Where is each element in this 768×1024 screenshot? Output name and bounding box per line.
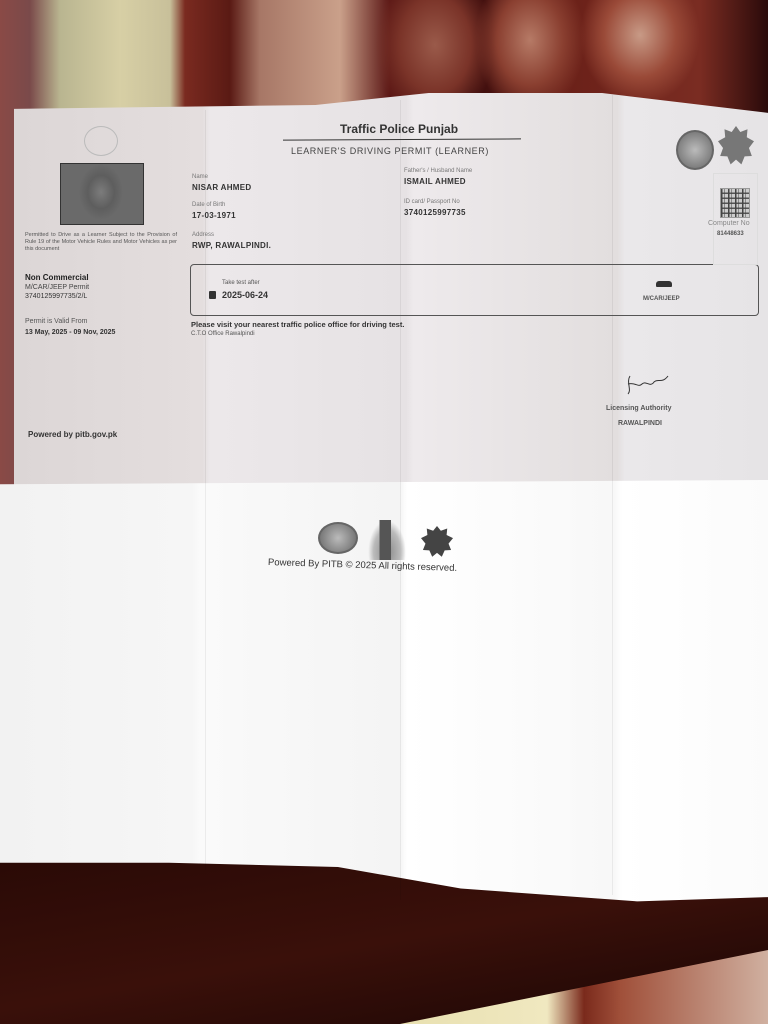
holder-name: NISAR AHMED [192, 183, 251, 192]
test-info-box [190, 264, 759, 316]
pitb-logo-icon [368, 520, 406, 560]
office-name: C.T.O Office Rawalpindi [191, 331, 255, 337]
id-label: ID card/ Passport No [404, 199, 460, 205]
holder-address: RWP, RAWALPINDI. [192, 241, 271, 250]
dob-label: Date of Birth [192, 202, 225, 208]
punjab-govt-seal-icon [676, 130, 714, 170]
holder-photo [60, 163, 144, 225]
punjab-govt-seal-icon [318, 522, 358, 554]
qr-frame [713, 173, 758, 265]
address-label: Address [192, 232, 214, 238]
permit-statement: Permitted to Drive as a Learner Subject … [25, 232, 177, 253]
fold-line [400, 100, 401, 900]
document-subtitle: LEARNER'S DRIVING PERMIT (LEARNER) [291, 146, 489, 156]
test-notice: Please visit your nearest traffic police… [191, 320, 404, 329]
authority-city: RAWALPINDI [618, 420, 662, 427]
punjab-emblem-icon [84, 126, 118, 156]
licensing-authority: Licensing Authority [606, 405, 671, 412]
computer-no-label: Computer No [708, 220, 750, 227]
powered-by-top: Powered by pitb.gov.pk [28, 430, 117, 439]
id-number: 3740125997735 [404, 208, 466, 217]
fold-line [205, 110, 206, 870]
test-date: 2025-06-24 [222, 290, 268, 300]
holder-dob: 17-03-1971 [192, 211, 236, 220]
document-title: Traffic Police Punjab [340, 122, 458, 136]
signature [624, 372, 674, 396]
permit-category: Non Commercial [25, 273, 89, 282]
father-label: Father's / Husband Name [404, 168, 472, 174]
permit-type: M/CAR/JEEP Permit [25, 284, 89, 291]
permit-number: 3740125997735/2/L [25, 293, 87, 300]
computer-no: 81448633 [717, 231, 744, 237]
car-icon [656, 281, 672, 287]
test-label: Take test after [222, 280, 260, 286]
name-label: Name [192, 174, 208, 180]
father-name: ISMAIL AHMED [404, 177, 466, 186]
validity-value: 13 May, 2025 - 09 Nov, 2025 [25, 329, 115, 336]
fold-line [612, 95, 613, 895]
calendar-icon [209, 291, 216, 299]
validity-label: Permit is Valid From [25, 318, 88, 325]
vehicle-class: M/CAR/JEEP [643, 296, 680, 302]
qr-code-icon [720, 188, 750, 218]
